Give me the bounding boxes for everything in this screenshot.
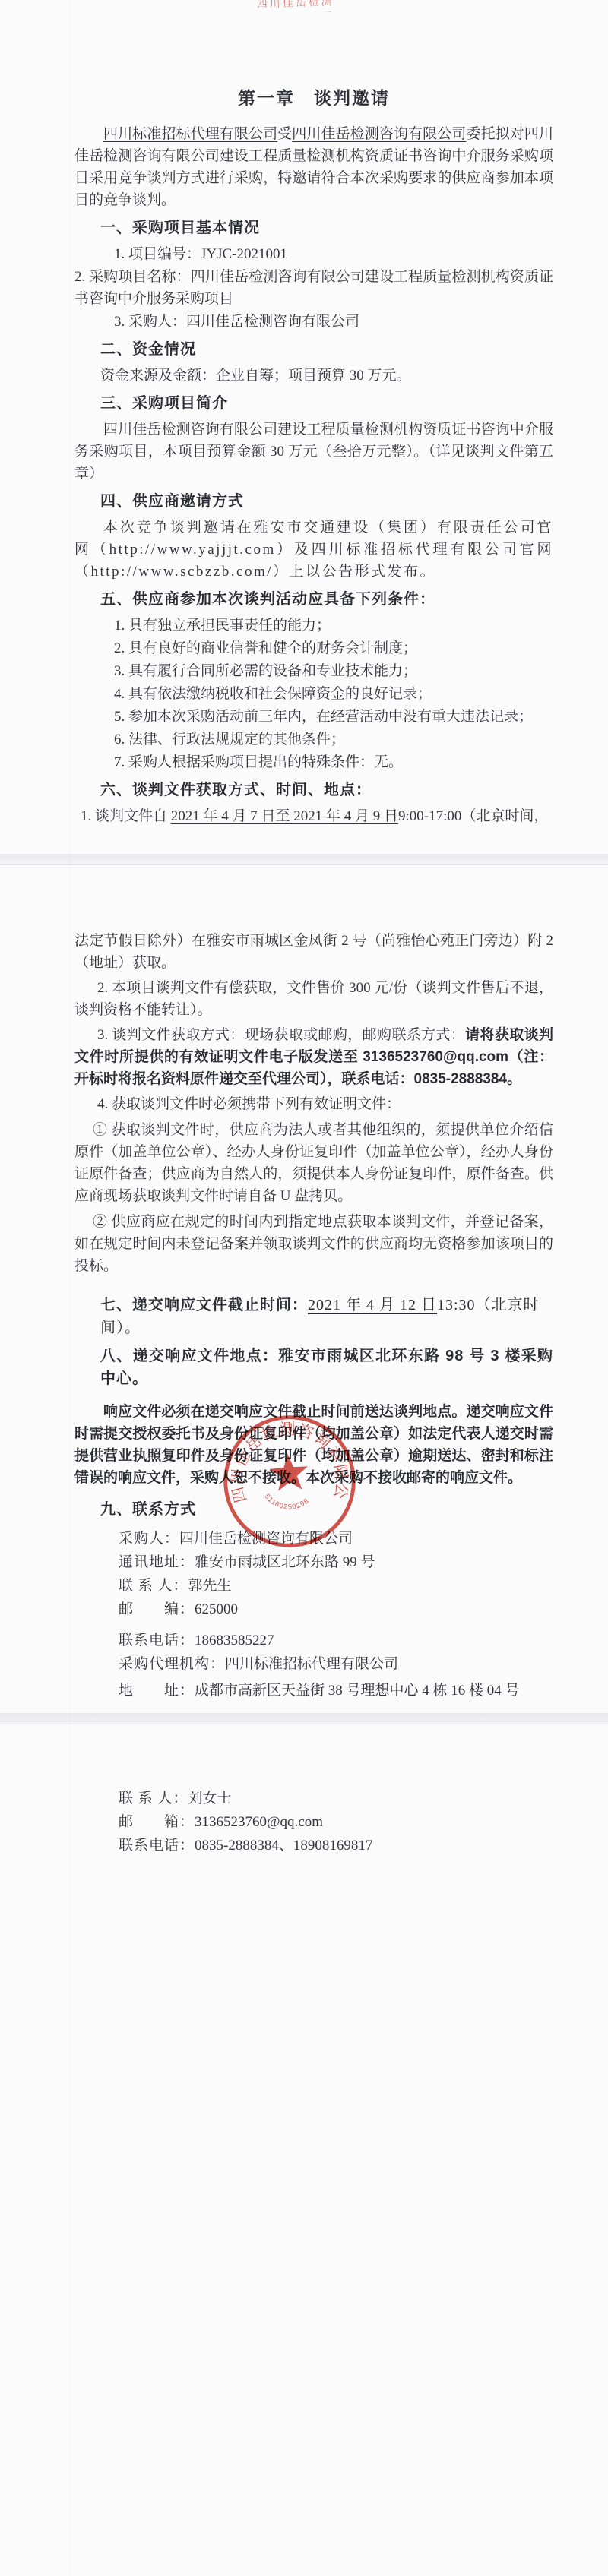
- obtain-method-pre: 3. 谈判文件获取方式：现场获取或邮购，邮购联系方式：: [97, 1027, 465, 1043]
- contact-value: 刘女士: [188, 1791, 232, 1806]
- project-number: 1. 项目编号：JYJC-2021001: [114, 243, 553, 265]
- condition-item: 7. 采购人根据采购项目提出的特殊条件：无。: [114, 751, 553, 773]
- section-1-heading: 一、采购项目基本情况: [100, 217, 553, 239]
- page-3-content: 联 系 人：刘女士 邮 箱：3136523760@qq.com 联系电话：083…: [74, 1787, 553, 1857]
- certificate-rule-1: ① 获取谈判文件时，供应商为法人或者其他组织的，须提供单位介绍信原件（加盖单位公…: [74, 1119, 553, 1207]
- section-6-heading: 六、谈判文件获取方式、时间、地点：: [100, 779, 553, 801]
- contact-label: 联 系 人：: [119, 1578, 188, 1594]
- submission-note: 响应文件必须在递交响应文件截止时间前送达谈判地点。递交响应文件时需提交授权委托书…: [74, 1401, 553, 1489]
- certificate-rule-2: ② 供应商应在规定的时间内到指定地点获取本谈判文件，并登记备案，如在规定时间内未…: [74, 1211, 553, 1277]
- funding-info: 资金来源及金额：企业自筹；项目预算 30 万元。: [100, 365, 553, 387]
- section-4-heading: 四、供应商邀请方式: [100, 490, 553, 513]
- contact-label: 联系电话：: [119, 1633, 195, 1648]
- contact-row: 邮 箱：3136523760@qq.com: [119, 1810, 553, 1834]
- contact-value: 郭先生: [188, 1578, 232, 1594]
- purchaser: 3. 采购人：四川佳岳检测咨询有限公司: [114, 311, 553, 333]
- contact-label: 联 系 人：: [119, 1791, 188, 1806]
- condition-item: 6. 法律、行政法规规定的其他条件；: [114, 729, 553, 751]
- doc-price: 2. 本项目谈判文件有偿获取，文件售价 300 元/份（谈判文件售后不退，谈判资…: [74, 977, 553, 1021]
- contact-label: 联系电话：: [119, 1838, 195, 1854]
- contact-value: 四川佳岳检测咨询有限公司: [179, 1531, 353, 1547]
- page-2-content: 法定节假日除外）在雅安市雨城区金凤街 2 号（尚雅怡心苑正门旁边）附 2（地址）…: [74, 930, 553, 1702]
- contact-row: 联 系 人：郭先生: [119, 1574, 553, 1598]
- contact-label: 采购代理机构：: [119, 1656, 225, 1672]
- purchaser-contact-block: 采购人：四川佳岳检测咨询有限公司 通讯地址：雅安市雨城区北环东路 99 号 联 …: [74, 1527, 553, 1702]
- contact-row: 通讯地址：雅安市雨城区北环东路 99 号: [119, 1550, 553, 1574]
- obtain-date-range: 2021 年 4 月 7 日至 2021 年 4 月 9 日: [171, 808, 398, 824]
- page-boundary-1: [0, 854, 608, 865]
- doc-obtain-address: 法定节假日除外）在雅安市雨城区金凤街 2 号（尚雅怡心苑正门旁边）附 2（地址）…: [74, 930, 553, 974]
- section-9-heading: 九、联系方式: [100, 1498, 553, 1521]
- contact-row: 联系电话：0835-2888384、18908169817: [119, 1834, 553, 1857]
- project-name: 2. 采购项目名称：四川佳岳检测咨询有限公司建设工程质量检测机构资质证书咨询中介…: [74, 266, 553, 310]
- contact-row: 采购人：四川佳岳检测咨询有限公司: [119, 1527, 553, 1550]
- page-1-content: 第一章 谈判邀请 四川标准招标代理有限公司受四川佳岳检测咨询有限公司委托拟对四川…: [74, 85, 553, 827]
- intro-paragraph: 四川标准招标代理有限公司受四川佳岳检测咨询有限公司委托拟对四川佳岳检测咨询有限公…: [74, 123, 553, 211]
- obtain-time-post: 9:00-17:00（北京时间，: [398, 808, 548, 824]
- contact-row: 地 址：成都市高新区天益街 38 号理想中心 4 栋 16 楼 04 号: [119, 1679, 553, 1702]
- chapter-title: 第一章 谈判邀请: [74, 85, 553, 111]
- section-7-heading: 七、递交响应文件截止时间：2021 年 4 月 12 日13:30（北京时间）。: [100, 1294, 553, 1339]
- scan-artifact-line: [70, 0, 71, 2576]
- contact-label: 地 址：: [119, 1683, 195, 1699]
- contact-row: 联系电话：18683585227: [119, 1629, 553, 1652]
- section-2-heading: 二、资金情况: [100, 338, 553, 361]
- deadline-date: 2021 年 4 月 12 日: [308, 1297, 437, 1313]
- doc-obtain-method: 3. 谈判文件获取方式：现场获取或邮购，邮购联系方式：请将获取谈判文件时所提供的…: [74, 1024, 553, 1090]
- contact-value: 625000: [195, 1601, 238, 1617]
- scanned-document: 四川佳岳检测咨询有限公司 第一章 谈判邀请 四川标准招标代理有限公司受四川佳岳检…: [0, 0, 608, 2576]
- page-boundary-2: [0, 1713, 608, 1724]
- supplier-conditions-list: 1. 具有独立承担民事责任的能力； 2. 具有良好的商业信誉和健全的财务会计制度…: [74, 615, 553, 773]
- condition-item: 3. 具有履行合同所必需的设备和专业技术能力；: [114, 660, 553, 682]
- condition-item: 1. 具有独立承担民事责任的能力；: [114, 615, 553, 637]
- condition-item: 5. 参加本次采购活动前三年内，在经营活动中没有重大违法记录；: [114, 706, 553, 728]
- submit-place-label: 八、递交响应文件地点：: [100, 1348, 278, 1364]
- contact-row: 邮 编：625000: [119, 1598, 553, 1621]
- project-brief: 四川佳岳检测咨询有限公司建设工程质量检测机构资质证书咨询中介服务采购项目，本项目…: [74, 419, 553, 485]
- contact-row: 联 系 人：刘女士: [119, 1787, 553, 1810]
- section-3-heading: 三、采购项目简介: [100, 392, 553, 415]
- contact-label: 邮 箱：: [119, 1814, 195, 1830]
- contact-value: 四川标准招标代理有限公司: [225, 1656, 398, 1672]
- invitation-method: 本次竞争谈判邀请在雅安市交通建设（集团）有限责任公司官网（http://www.…: [74, 517, 553, 583]
- intro-connector: 受: [277, 126, 292, 142]
- obtain-time-pre: 1. 谈判文件自: [81, 808, 171, 824]
- doc-certificates-required: 4. 获取谈判文件时必须携带下列有效证明文件：: [74, 1093, 553, 1115]
- contact-value: 18683585227: [195, 1633, 274, 1648]
- contact-value: 3136523760@qq.com: [195, 1814, 323, 1830]
- contact-row: 采购代理机构：四川标准招标代理有限公司: [119, 1652, 553, 1676]
- section-5-heading: 五、供应商参加本次谈判活动应具备下列条件：: [100, 588, 553, 611]
- section-1-list: 1. 项目编号：JYJC-2021001 2. 采购项目名称：四川佳岳检测咨询有…: [74, 243, 553, 333]
- contact-value: 成都市高新区天益街 38 号理想中心 4 栋 16 楼 04 号: [195, 1683, 520, 1699]
- contact-label: 通讯地址：: [119, 1554, 195, 1570]
- contact-value: 0835-2888384、18908169817: [195, 1838, 372, 1854]
- contact-value: 雅安市雨城区北环东路 99 号: [195, 1554, 375, 1570]
- contact-label: 采购人：: [119, 1531, 179, 1547]
- section-8-heading: 八、递交响应文件地点：雅安市雨城区北环东路 98 号 3 楼采购中心。: [100, 1345, 553, 1390]
- purchaser-company-name: 四川佳岳检测咨询有限公司: [292, 126, 466, 142]
- condition-item: 2. 具有良好的商业信誉和健全的财务会计制度；: [114, 637, 553, 659]
- condition-item: 4. 具有依法缴纳税收和社会保障资金的良好记录；: [114, 683, 553, 705]
- deadline-label: 七、递交响应文件截止时间：: [100, 1297, 308, 1313]
- contact-label: 邮 编：: [119, 1601, 195, 1617]
- agency-company-name: 四川标准招标代理有限公司: [103, 126, 277, 142]
- doc-obtain-time: 1. 谈判文件自 2021 年 4 月 7 日至 2021 年 4 月 9 日9…: [74, 805, 553, 827]
